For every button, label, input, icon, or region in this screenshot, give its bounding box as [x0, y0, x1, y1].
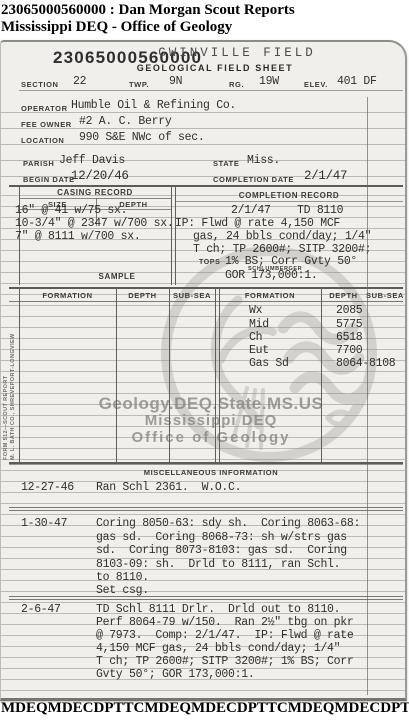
misc-entry-line: TD Schl 8111 Drlr. Drld out to 8110.	[96, 604, 340, 616]
misc-divider-b	[9, 599, 403, 600]
formation-name: Gas Sd	[249, 358, 289, 370]
misc-entry-date: 2-6-47	[21, 604, 61, 616]
formation-name: Ch	[249, 332, 262, 344]
watermark-url: Geology.DEQ.State.MS.US	[61, 394, 361, 414]
completion-date-td-line: 2/1/47 TD 8110	[231, 205, 343, 217]
misc-entry-line: Ran Schl 2361. W.O.C.	[96, 482, 241, 494]
formation-header: FORMATION	[19, 291, 116, 300]
table-vline	[19, 287, 20, 462]
misc-entry-line: to 8110.	[96, 572, 149, 584]
sample-label: SAMPLE	[19, 272, 215, 281]
formation-header-bottom-rule	[9, 301, 403, 302]
parish-label: PARISH	[23, 159, 54, 168]
footer-item: MDECD	[48, 700, 105, 717]
page-footer: MDEQ MDECD PTTC MDEQ MDECD PTTC MDEQ MDE…	[1, 700, 406, 717]
misc-title: MISCELLANEOUS INFORMATION	[19, 468, 403, 477]
twp-label: TWP.	[129, 80, 149, 89]
footer-item: MDECD	[334, 700, 391, 717]
begin-date-label: BEGIN DATE	[23, 175, 75, 184]
formation-depth: 7700	[336, 345, 362, 357]
tops-label: TOPS	[199, 259, 220, 266]
misc-divider-a	[9, 507, 403, 508]
footer-item: MDEQ	[144, 700, 191, 717]
formation-depth: 5775	[336, 319, 362, 331]
misc-entry-line: 8103-09: sh. Drld to 8111, ran Schl.	[96, 559, 340, 571]
elev-value: 401 DF	[337, 76, 377, 88]
watermark-office: Office of Geology	[61, 429, 361, 446]
formation-name: Mid	[249, 319, 269, 331]
misc-entry-line: Gvty 50°; GOR 173,000:1.	[96, 669, 254, 681]
formation-name: Eut	[249, 345, 269, 357]
completion-title-rule	[175, 201, 403, 202]
field-name-title: GWINVILLE FIELD	[146, 46, 328, 60]
formation-name: Wx	[249, 305, 262, 317]
twp-value: 9N	[169, 76, 182, 88]
footer-item: MDEQ	[288, 700, 335, 717]
footer-item: PTTC	[104, 700, 144, 717]
completion-date-label: COMPLETION DATE	[213, 175, 294, 184]
table-vline	[116, 287, 117, 462]
misc-entry-line: @ 7973. Comp: 2/1/47. IP: Flwd @ rate	[96, 630, 353, 642]
completion-line: gas, 24 bbls cond/day; 1/4"	[193, 231, 371, 243]
misc-entry-line: 4,150 MCF gas, 24 bbls cond/day; 1/4"	[96, 643, 340, 655]
misc-entry-line: Perf 8064-79 w/150. Ran 2½" tbg on pkr	[96, 617, 353, 629]
table-vline	[169, 287, 170, 462]
casing-line: 10-3/4" @ 2347 w/700 sx.	[15, 218, 173, 230]
depth-header: DEPTH	[116, 291, 169, 300]
begin-date-value: 12/20/46	[71, 170, 129, 182]
location-value: 990 S&E NWc of sec.	[79, 132, 204, 144]
parish-value: Jeff Davis	[59, 155, 125, 167]
page-header-line1: 23065000560000 : Dan Morgan Scout Report…	[1, 2, 295, 19]
footer-item: PTT	[391, 700, 409, 717]
completion-date-value: 2/1/47	[304, 170, 347, 182]
table-vline-double-b	[219, 287, 220, 462]
section-value: 22	[73, 76, 86, 88]
formation-table-top-rule	[9, 287, 403, 289]
operator-value: Humble Oil & Refining Co.	[71, 100, 236, 112]
table-vline	[321, 287, 322, 462]
gor-line: GOR 173,000:1.	[225, 270, 317, 282]
form-printer-imprint: FORM 512—SCOUT REPORT M. L. BATH CO., SH…	[3, 318, 16, 460]
rg-label: RG.	[229, 80, 244, 89]
record-divider-rule-b	[175, 185, 176, 285]
footer-item: PTTC	[248, 700, 288, 717]
location-label: LOCATION	[21, 136, 64, 145]
misc-entry-line: Coring 8050-63: sdy sh. Coring 8063-68:	[96, 518, 360, 530]
footer-item: MDECD	[191, 700, 248, 717]
scanned-field-sheet: Geology.DEQ.State.MS.US Mississippi DEQ …	[0, 40, 407, 701]
formation-depth: 8064-8108	[336, 358, 395, 370]
section-row-rule	[19, 90, 403, 91]
casing-title-rule	[19, 198, 171, 199]
misc-entry-line: sd. Coring 8073-8103: gas sd. Coring	[96, 545, 347, 557]
casing-record-title: CASING RECORD	[19, 188, 171, 197]
depth-header: DEPTH	[321, 291, 366, 300]
misc-entry-line: gas sd. Coring 8068-73: sh w/strs gas	[96, 532, 347, 544]
casing-line: 16" @ 41 w/75 sx.	[15, 205, 127, 217]
state-label: STATE	[213, 159, 239, 168]
record-section-top-rule	[9, 185, 403, 187]
casing-line: 7" @ 8111 w/700 sx.	[15, 231, 140, 243]
imprint-line2: M. L. BATH CO., SHREVEPORT-LONGVIEW	[10, 318, 17, 460]
footer-item: MDEQ	[1, 700, 48, 717]
misc-divider-b	[9, 510, 403, 511]
rg-value: 19W	[259, 76, 279, 88]
completion-line: IP: Flwd @ rate 4,150 MCF	[175, 218, 340, 230]
state-value: Miss.	[247, 155, 280, 167]
operator-label: OPERATOR	[21, 104, 68, 113]
table-vline-double-a	[215, 287, 216, 462]
misc-top-rule	[9, 464, 403, 465]
page-header-line2: Mississippi DEQ - Office of Geology	[1, 19, 232, 36]
misc-divider-a	[9, 596, 403, 597]
misc-entry-date: 1-30-47	[21, 518, 67, 530]
right-margin-rule	[367, 97, 368, 695]
misc-entry-line: T ch; TP 2600#; SITP 3200#; 1% BS; Corr	[96, 656, 353, 668]
section-label: SECTION	[21, 80, 59, 89]
subsea-header: SUB-SEA	[169, 291, 215, 300]
record-divider-rule-a	[171, 185, 172, 285]
fee-owner-label: FEE OWNER	[21, 120, 72, 129]
subsea-header: SUB-SEA	[366, 291, 403, 300]
watermark-agency: Mississippi DEQ	[61, 412, 361, 429]
elev-label: ELEV.	[304, 80, 328, 89]
fee-owner-value: #2 A. C. Berry	[79, 116, 171, 128]
formation-header: FORMATION	[219, 291, 321, 300]
formation-depth: 2085	[336, 305, 362, 317]
completion-record-title: COMPLETION RECORD	[175, 191, 403, 200]
formation-depth: 6518	[336, 332, 362, 344]
misc-entry-date: 12-27-46	[21, 482, 74, 494]
sheet-title: GEOLOGICAL FIELD SHEET	[119, 63, 311, 73]
